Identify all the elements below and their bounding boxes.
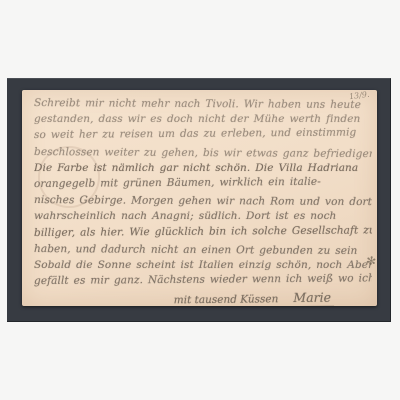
message-line: gefällt es mir ganz. Nächstens wieder we…	[34, 272, 372, 291]
message-line: nisches Gebirge. Morgen gehen wir nach R…	[34, 194, 372, 212]
closing-text: mit tausend Küssen	[174, 293, 279, 306]
flourish-mark-icon: ✻	[365, 253, 377, 269]
postcard: 13/9. Schreibt mir nicht mehr nach Tivol…	[22, 90, 377, 306]
message-line: so weit her zu reisen um das zu erleben,…	[34, 127, 372, 146]
signature: Marie	[290, 290, 334, 306]
signature-row: mit tausend KüssenMarie	[34, 289, 372, 306]
photo-background: 13/9. Schreibt mir nicht mehr nach Tivol…	[0, 0, 400, 400]
message-line: orangegelb mit grünen Bäumen, wirklich e…	[34, 175, 372, 194]
handwritten-message: Schreibt mir nicht mehr nach Tivoli. Wir…	[34, 97, 372, 306]
photo-mat: 13/9. Schreibt mir nicht mehr nach Tivol…	[7, 78, 391, 322]
message-line: haben, und dadurch nicht an einen Ort ge…	[34, 243, 372, 261]
message-line: billiger, als hier. Wie glücklich bin ic…	[34, 224, 372, 243]
message-line: beschlossen weiter zu gehen, bis wir etw…	[34, 146, 372, 164]
